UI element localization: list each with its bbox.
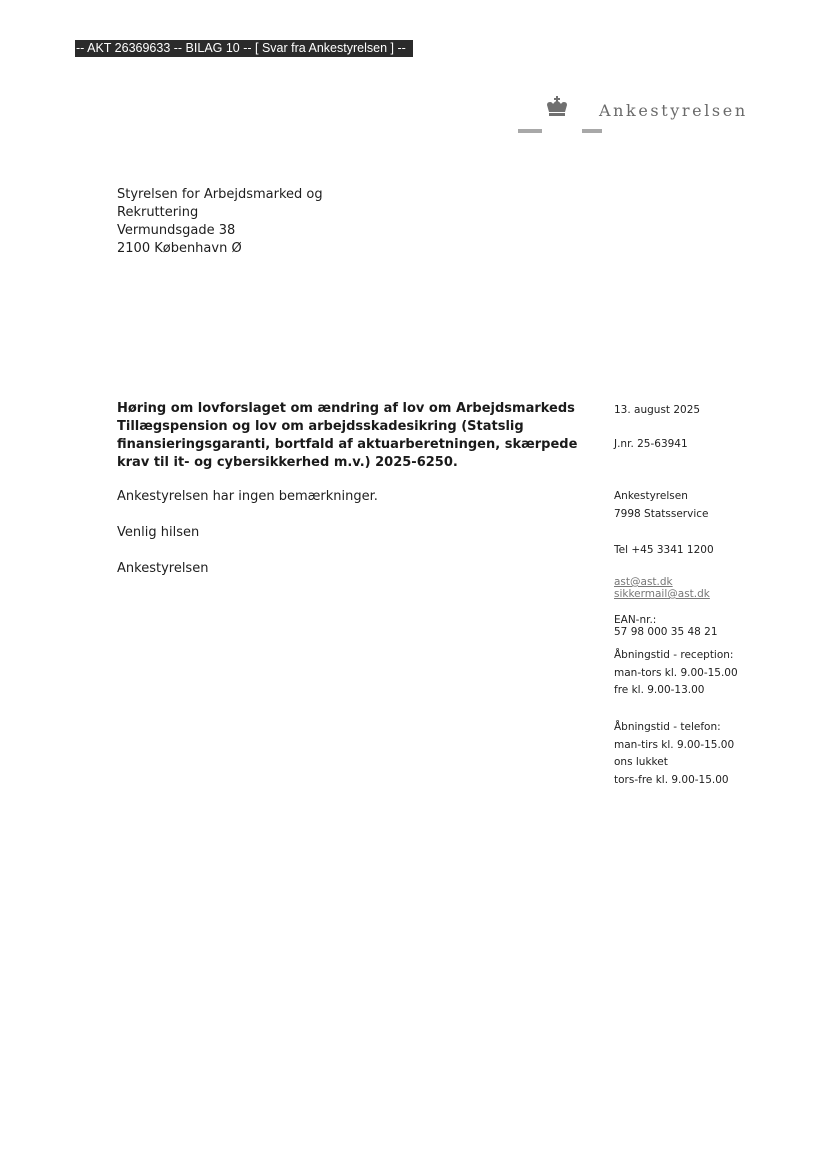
phone-number: Tel +45 3341 1200: [614, 542, 714, 560]
journal-number: J.nr. 25-63941: [614, 436, 688, 454]
body-paragraph: Ankestyrelsen har ingen bemærkninger.: [117, 488, 378, 506]
sender-block: Ankestyrelsen 7998 Statsservice: [614, 488, 708, 523]
address-line: Styrelsen for Arbejdsmarked og: [117, 186, 323, 204]
address-line: Rekruttering: [117, 204, 323, 222]
letter-date: 13. august 2025: [614, 402, 700, 420]
recipient-address: Styrelsen for Arbejdsmarked og Rekrutter…: [117, 186, 323, 258]
logo-wordmark: Ankestyrelsen: [599, 101, 748, 120]
closing: Venlig hilsen: [117, 524, 199, 542]
address-line: Vermundsgade 38: [117, 222, 323, 240]
phone-hours: Åbningstid - telefon: man-tirs kl. 9.00-…: [614, 719, 734, 789]
secure-email-link[interactable]: sikkermail@ast.dk: [614, 588, 710, 600]
crown-icon: [545, 96, 569, 118]
signature: Ankestyrelsen: [117, 560, 208, 578]
address-line: 2100 København Ø: [117, 240, 323, 258]
sender-address: 7998 Statsservice: [614, 506, 708, 524]
hours-line: ons lukket: [614, 754, 734, 772]
ean-block: EAN-nr.: 57 98 000 35 48 21: [614, 614, 718, 638]
hours-line: tors-fre kl. 9.00-15.00: [614, 772, 734, 790]
reception-heading: Åbningstid - reception:: [614, 647, 738, 665]
hours-line: man-tors kl. 9.00-15.00: [614, 665, 738, 683]
sender-name: Ankestyrelsen: [614, 488, 708, 506]
email-link[interactable]: ast@ast.dk: [614, 576, 710, 588]
hours-line: man-tirs kl. 9.00-15.00: [614, 737, 734, 755]
reception-hours: Åbningstid - reception: man-tors kl. 9.0…: [614, 647, 738, 700]
document-stamp: -- AKT 26369633 -- BILAG 10 -- [ Svar fr…: [75, 40, 413, 57]
hours-line: fre kl. 9.00-13.00: [614, 682, 738, 700]
letter-subject: Høring om lovforslaget om ændring af lov…: [117, 400, 587, 472]
logo-decoration: [582, 129, 602, 133]
logo-decoration: [518, 129, 542, 133]
email-block: ast@ast.dk sikkermail@ast.dk: [614, 576, 710, 600]
ean-value: 57 98 000 35 48 21: [614, 626, 718, 638]
phone-hours-heading: Åbningstid - telefon:: [614, 719, 734, 737]
ean-label: EAN-nr.:: [614, 614, 718, 626]
